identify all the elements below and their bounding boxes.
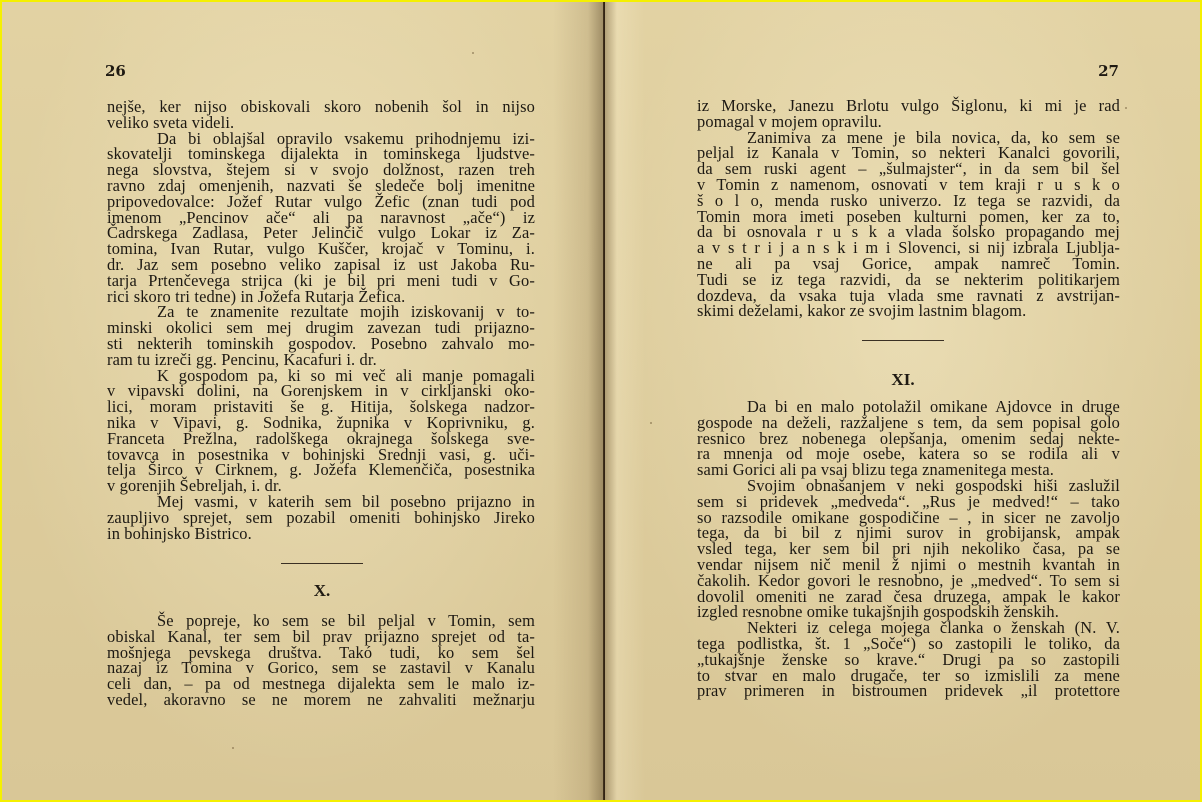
text-line: prav primeren in bistroumen pridevek „il… (697, 683, 1120, 699)
paper-speck (472, 52, 474, 54)
section-divider-rule (862, 340, 944, 341)
chapter-heading-x: X. (281, 581, 363, 601)
page-number-left: 26 (105, 62, 126, 80)
left-text-block-upper: nejše, ker nijso obiskovali skoro nobeni… (107, 99, 535, 541)
left-text-block-lower: Še popreje, ko sem se bil peljal v Tomin… (107, 613, 535, 708)
section-divider-rule (281, 563, 363, 564)
text-line: in bohinjsko Bistrico. (107, 526, 535, 542)
scanned-book-spread: 26 nejše, ker nijso obiskovali skoro nob… (0, 0, 1202, 802)
text-line: vedel, akoravno se ne morem ne zahvaliti… (107, 692, 535, 708)
left-page: 26 nejše, ker nijso obiskovali skoro nob… (2, 2, 603, 800)
paper-speck (1125, 107, 1127, 109)
text-line: skimi deželami, kakor ze svojim lastnim … (697, 303, 1120, 319)
paper-speck (232, 747, 234, 749)
right-page: 27 iz Morske, Janezu Brlotu vulgo Šiglon… (605, 2, 1202, 800)
chapter-heading-xi: XI. (862, 370, 944, 390)
right-text-block-lower: Da bi en malo potolažil omikane Ajdovce … (697, 399, 1120, 699)
paper-speck (650, 422, 652, 424)
right-text-block-upper: iz Morske, Janezu Brlotu vulgo Šiglonu, … (697, 98, 1120, 319)
page-number-right: 27 (1098, 62, 1119, 80)
